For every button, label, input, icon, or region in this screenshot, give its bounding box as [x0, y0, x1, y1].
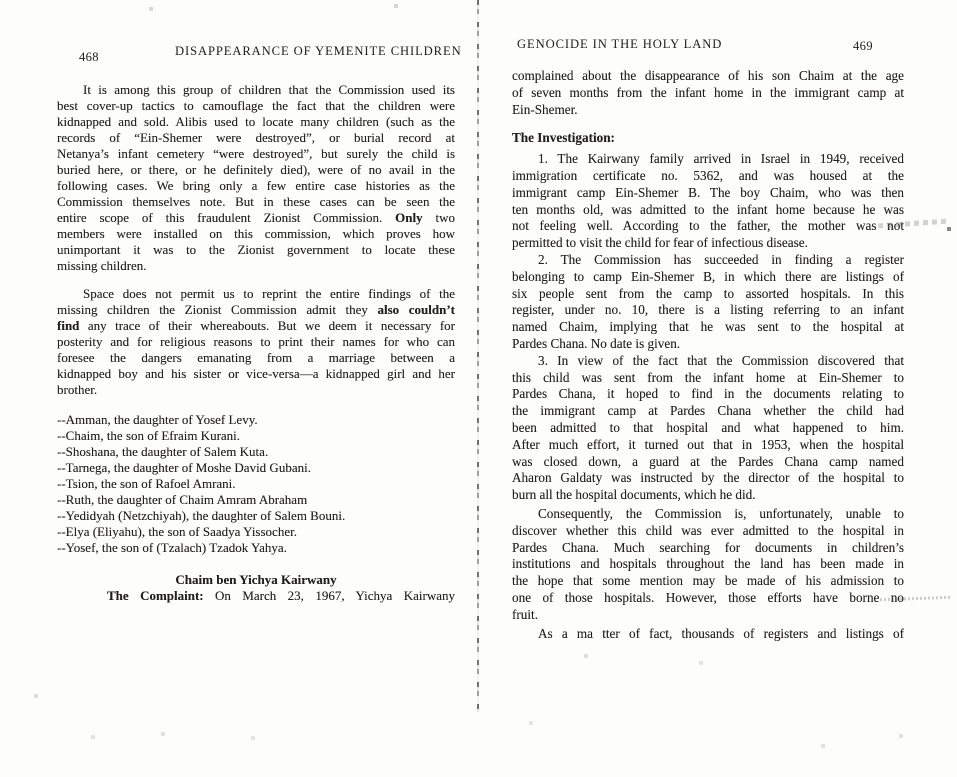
text-line: --Shoshana, the daughter of Salem Kuta. [57, 444, 455, 460]
bold-text-segment: also couldn’t [378, 302, 455, 317]
text-segment: After much effort, it turned out that in… [512, 437, 904, 452]
text-segment: best cover-up tactics to camouflage the … [57, 98, 455, 113]
text-segment: buried here, or there, or he definitely … [57, 162, 455, 177]
text-segment: missing children. [57, 258, 147, 273]
text-segment: missing children the Zionist Commission … [57, 302, 378, 317]
text-segment: the hope that some mention may be made o… [512, 573, 904, 588]
bold-text-segment: The Complaint: [107, 588, 204, 603]
text-line: Pardes Chana, it hoped to find in the do… [512, 386, 904, 403]
text-segment: unimportant it was to the Zionist govern… [57, 242, 455, 257]
investigation-item-3: 3. In view of the fact that the Commissi… [512, 353, 904, 504]
text-line: 3. In view of the fact that the Commissi… [512, 353, 904, 370]
scan-speck-artifacts [0, 0, 2, 2]
missing-children-name-list: --Amman, the daughter of Yosef Levy.--Ch… [57, 412, 455, 556]
text-segment: brother. [57, 382, 97, 397]
text-line: the hope that some mention may be made o… [512, 573, 904, 590]
text-segment: 1. The Kairwany family arrived in Israel… [538, 151, 904, 166]
text-segment: 3. In view of the fact that the Commissi… [538, 353, 904, 368]
bold-text-segment: Only [395, 210, 422, 225]
investigation-item-2: 2. The Commission has succeeded in findi… [512, 252, 904, 353]
text-line: Aharon Galdaty was instructed by the dir… [512, 470, 904, 487]
text-segment: Pardes Chana, it hoped to find in the do… [512, 386, 904, 401]
text-segment: kidnapped boy and his sister or vice-ver… [57, 366, 455, 381]
bold-text-segment: Chaim ben Yichya Kairwany [175, 572, 336, 587]
text-segment: On March 23, 1967, Yichya Kairwany [204, 588, 455, 603]
text-segment: --Tsion, the son of Rafoel Amrani. [57, 476, 236, 491]
text-segment: of seven months from the infant home in … [512, 85, 904, 100]
text-segment: complained about the disappearance of hi… [512, 68, 904, 83]
bold-text-segment: The Investigation: [512, 130, 615, 145]
text-line: Commission themselves note. But in these… [57, 194, 455, 210]
text-segment: Commission themselves note. But in these… [57, 194, 455, 209]
text-segment: --Elya (Eliyahu), the son of Saadya Yiss… [57, 524, 297, 539]
left-page-body: It is among this group of children that … [57, 82, 455, 604]
text-line: kidnapped boy and his sister or vice-ver… [57, 366, 455, 382]
text-line: The Complaint: On March 23, 1967, Yichya… [57, 588, 455, 604]
text-line: buried here, or there, or he definitely … [57, 162, 455, 178]
text-line: --Elya (Eliyahu), the son of Saadya Yiss… [57, 524, 455, 540]
investigation-item-1: 1. The Kairwany family arrived in Israel… [512, 151, 904, 252]
consequently-paragraph: Consequently, the Commission is, unfortu… [512, 506, 904, 624]
text-line: --Yedidyah (Netzchiyah), the daughter of… [57, 508, 455, 524]
text-segment: Netanya’s infant cemetery “were destroye… [57, 146, 455, 161]
page-number-right: 469 [853, 39, 873, 54]
cover-up-paragraph: It is among this group of children that … [57, 82, 455, 274]
text-segment: six people sent from the camp to assorte… [512, 286, 904, 301]
text-line: six people sent from the camp to assorte… [512, 286, 904, 303]
text-line: belonging to camp Ein-Shemer B, in which… [512, 269, 904, 286]
page-gutter-line [477, 0, 479, 712]
text-segment: members were installed on this commissio… [57, 226, 455, 241]
text-line: discover whether this child was ever adm… [512, 523, 904, 540]
text-line: Ein-Shemer. [512, 102, 904, 119]
text-line: 1. The Kairwany family arrived in Israel… [512, 151, 904, 168]
text-line: Netanya’s infant cemetery “were destroye… [57, 146, 455, 162]
text-line: missing children the Zionist Commission … [57, 302, 455, 318]
text-line: one of those hospitals. However, those e… [512, 590, 904, 607]
text-line: the immigrant camp at Pardes Chana wheth… [512, 403, 904, 420]
text-line: following cases. We bring only a few ent… [57, 178, 455, 194]
case-heading-block: Chaim ben Yichya KairwanyThe Complaint: … [57, 572, 455, 604]
text-line: complained about the disappearance of hi… [512, 68, 904, 85]
right-page-header: GENOCIDE IN THE HOLY LAND 469 [512, 32, 904, 50]
text-line: records of “Ein-Shemer were destroyed”, … [57, 130, 455, 146]
text-line: register, under no. 10, there is a listi… [512, 302, 904, 319]
text-segment: entire scope of this fraudulent Zionist … [57, 210, 395, 225]
text-segment: burn all the hospital documents, which h… [512, 487, 756, 502]
text-line: not feeling well. According to the fathe… [512, 218, 904, 235]
text-line: --Ruth, the daughter of Chaim Amram Abra… [57, 492, 455, 508]
page-number-left: 468 [79, 50, 99, 65]
text-line: --Yosef, the son of (Tzalach) Tzadok Yah… [57, 540, 455, 556]
text-segment: was closed down, a guard at the Pardes C… [512, 454, 904, 469]
text-line: The Investigation: [512, 130, 904, 147]
text-segment: --Ruth, the daughter of Chaim Amram Abra… [57, 492, 307, 507]
names-intro-paragraph: Space does not permit us to reprint the … [57, 286, 455, 398]
text-line: foresee the dangers emanating from a mar… [57, 350, 455, 366]
text-segment: --Tarnega, the daughter of Moshe David G… [57, 460, 311, 475]
text-line: immigration certificate no. 5362, and wa… [512, 168, 904, 185]
right-page-body: complained about the disappearance of hi… [512, 68, 904, 642]
text-line: ten months old, was admitted to the infa… [512, 202, 904, 219]
book-scan: 468 DISAPPEARANCE OF YEMENITE CHILDREN I… [0, 0, 957, 777]
running-header-left: DISAPPEARANCE OF YEMENITE CHILDREN [175, 44, 462, 59]
text-segment: It is among this group of children that … [83, 82, 455, 97]
text-segment: Pardes Chana. Much searching for documen… [512, 540, 904, 555]
text-segment: Ein-Shemer. [512, 102, 578, 117]
text-line: After much effort, it turned out that in… [512, 437, 904, 454]
text-line: --Tarnega, the daughter of Moshe David G… [57, 460, 455, 476]
text-segment: not feeling well. According to the fathe… [512, 218, 904, 233]
text-line: burn all the hospital documents, which h… [512, 487, 904, 504]
text-line: members were installed on this commissio… [57, 226, 455, 242]
text-line: Pardes Chana. No date is given. [512, 336, 904, 353]
text-segment: immigrant camp Ein-Shemer B. The boy Cha… [512, 185, 904, 200]
text-line: As a ma tter of fact, thousands of regis… [512, 626, 904, 643]
text-segment: Consequently, the Commission is, unfortu… [538, 506, 904, 521]
text-segment: As a ma tter of fact, thousands of regis… [538, 626, 904, 641]
text-line: of seven months from the infant home in … [512, 85, 904, 102]
text-line: find any trace of their whereabouts. But… [57, 318, 455, 334]
text-segment: following cases. We bring only a few ent… [57, 178, 455, 193]
complaint-continuation-paragraph: complained about the disappearance of hi… [512, 68, 904, 118]
bold-text-segment: find [57, 318, 79, 333]
text-segment: one of those hospitals. However, those e… [512, 590, 904, 605]
text-segment: immigration certificate no. 5362, and wa… [512, 168, 904, 183]
text-line: permitted to visit the child for fear of… [512, 235, 904, 252]
matter-of-fact-paragraph: As a ma tter of fact, thousands of regis… [512, 626, 904, 643]
text-segment: any trace of their whereabouts. But we d… [79, 318, 455, 333]
text-segment: kidnapped and sold. Alibis used to locat… [57, 114, 455, 129]
text-segment: permitted to visit the child for fear of… [512, 235, 808, 250]
text-line: --Chaim, the son of Efraim Kurani. [57, 428, 455, 444]
text-segment: institutions and hospitals throughout th… [512, 556, 904, 571]
text-line: been admitted to that hospital and what … [512, 420, 904, 437]
text-segment: --Amman, the daughter of Yosef Levy. [57, 412, 258, 427]
text-line: It is among this group of children that … [57, 82, 455, 98]
right-page: GENOCIDE IN THE HOLY LAND 469 complained… [512, 32, 904, 642]
text-line: Space does not permit us to reprint the … [57, 286, 455, 302]
text-line: unimportant it was to the Zionist govern… [57, 242, 455, 258]
left-page: 468 DISAPPEARANCE OF YEMENITE CHILDREN I… [57, 42, 455, 604]
text-line: posterity and for religious reasons to p… [57, 334, 455, 350]
text-line: kidnapped and sold. Alibis used to locat… [57, 114, 455, 130]
text-segment: Aharon Galdaty was instructed by the dir… [512, 470, 904, 485]
text-segment: fruit. [512, 607, 538, 622]
text-line: missing children. [57, 258, 455, 274]
text-line: entire scope of this fraudulent Zionist … [57, 210, 455, 226]
text-line: named Chaim, implying that he was sent t… [512, 319, 904, 336]
text-line: best cover-up tactics to camouflage the … [57, 98, 455, 114]
text-segment: posterity and for religious reasons to p… [57, 334, 455, 349]
text-line: Chaim ben Yichya Kairwany [57, 572, 455, 588]
text-line: Pardes Chana. Much searching for documen… [512, 540, 904, 557]
text-segment: this child was sent from the infant home… [512, 370, 904, 385]
text-line: fruit. [512, 607, 904, 624]
text-line: institutions and hospitals throughout th… [512, 556, 904, 573]
left-page-header: 468 DISAPPEARANCE OF YEMENITE CHILDREN [57, 42, 455, 60]
text-line: this child was sent from the infant home… [512, 370, 904, 387]
text-segment: --Yedidyah (Netzchiyah), the daughter of… [57, 508, 345, 523]
text-line: Consequently, the Commission is, unfortu… [512, 506, 904, 523]
text-segment: records of “Ein-Shemer were destroyed”, … [57, 130, 455, 145]
text-segment: --Shoshana, the daughter of Salem Kuta. [57, 444, 268, 459]
text-segment: two [423, 210, 455, 225]
text-segment: belonging to camp Ein-Shemer B, in which… [512, 269, 904, 284]
text-line: 2. The Commission has succeeded in findi… [512, 252, 904, 269]
text-line: immigrant camp Ein-Shemer B. The boy Cha… [512, 185, 904, 202]
text-segment: foresee the dangers emanating from a mar… [57, 350, 455, 365]
text-segment: 2. The Commission has succeeded in findi… [538, 252, 904, 267]
text-segment: been admitted to that hospital and what … [512, 420, 904, 435]
running-header-right: GENOCIDE IN THE HOLY LAND [517, 37, 722, 52]
text-line: --Amman, the daughter of Yosef Levy. [57, 412, 455, 428]
text-segment: Pardes Chana. No date is given. [512, 336, 680, 351]
text-segment: discover whether this child was ever adm… [512, 523, 904, 538]
investigation-heading: The Investigation: [512, 130, 904, 147]
text-segment: ten months old, was admitted to the infa… [512, 202, 904, 217]
text-line: brother. [57, 382, 455, 398]
text-segment: named Chaim, implying that he was sent t… [512, 319, 904, 334]
text-segment: --Yosef, the son of (Tzalach) Tzadok Yah… [57, 540, 287, 555]
text-line: was closed down, a guard at the Pardes C… [512, 454, 904, 471]
text-segment: Space does not permit us to reprint the … [83, 286, 455, 301]
text-segment: --Chaim, the son of Efraim Kurani. [57, 428, 240, 443]
text-line: --Tsion, the son of Rafoel Amrani. [57, 476, 455, 492]
text-segment: register, under no. 10, there is a listi… [512, 302, 904, 317]
text-segment: the immigrant camp at Pardes Chana wheth… [512, 403, 904, 418]
